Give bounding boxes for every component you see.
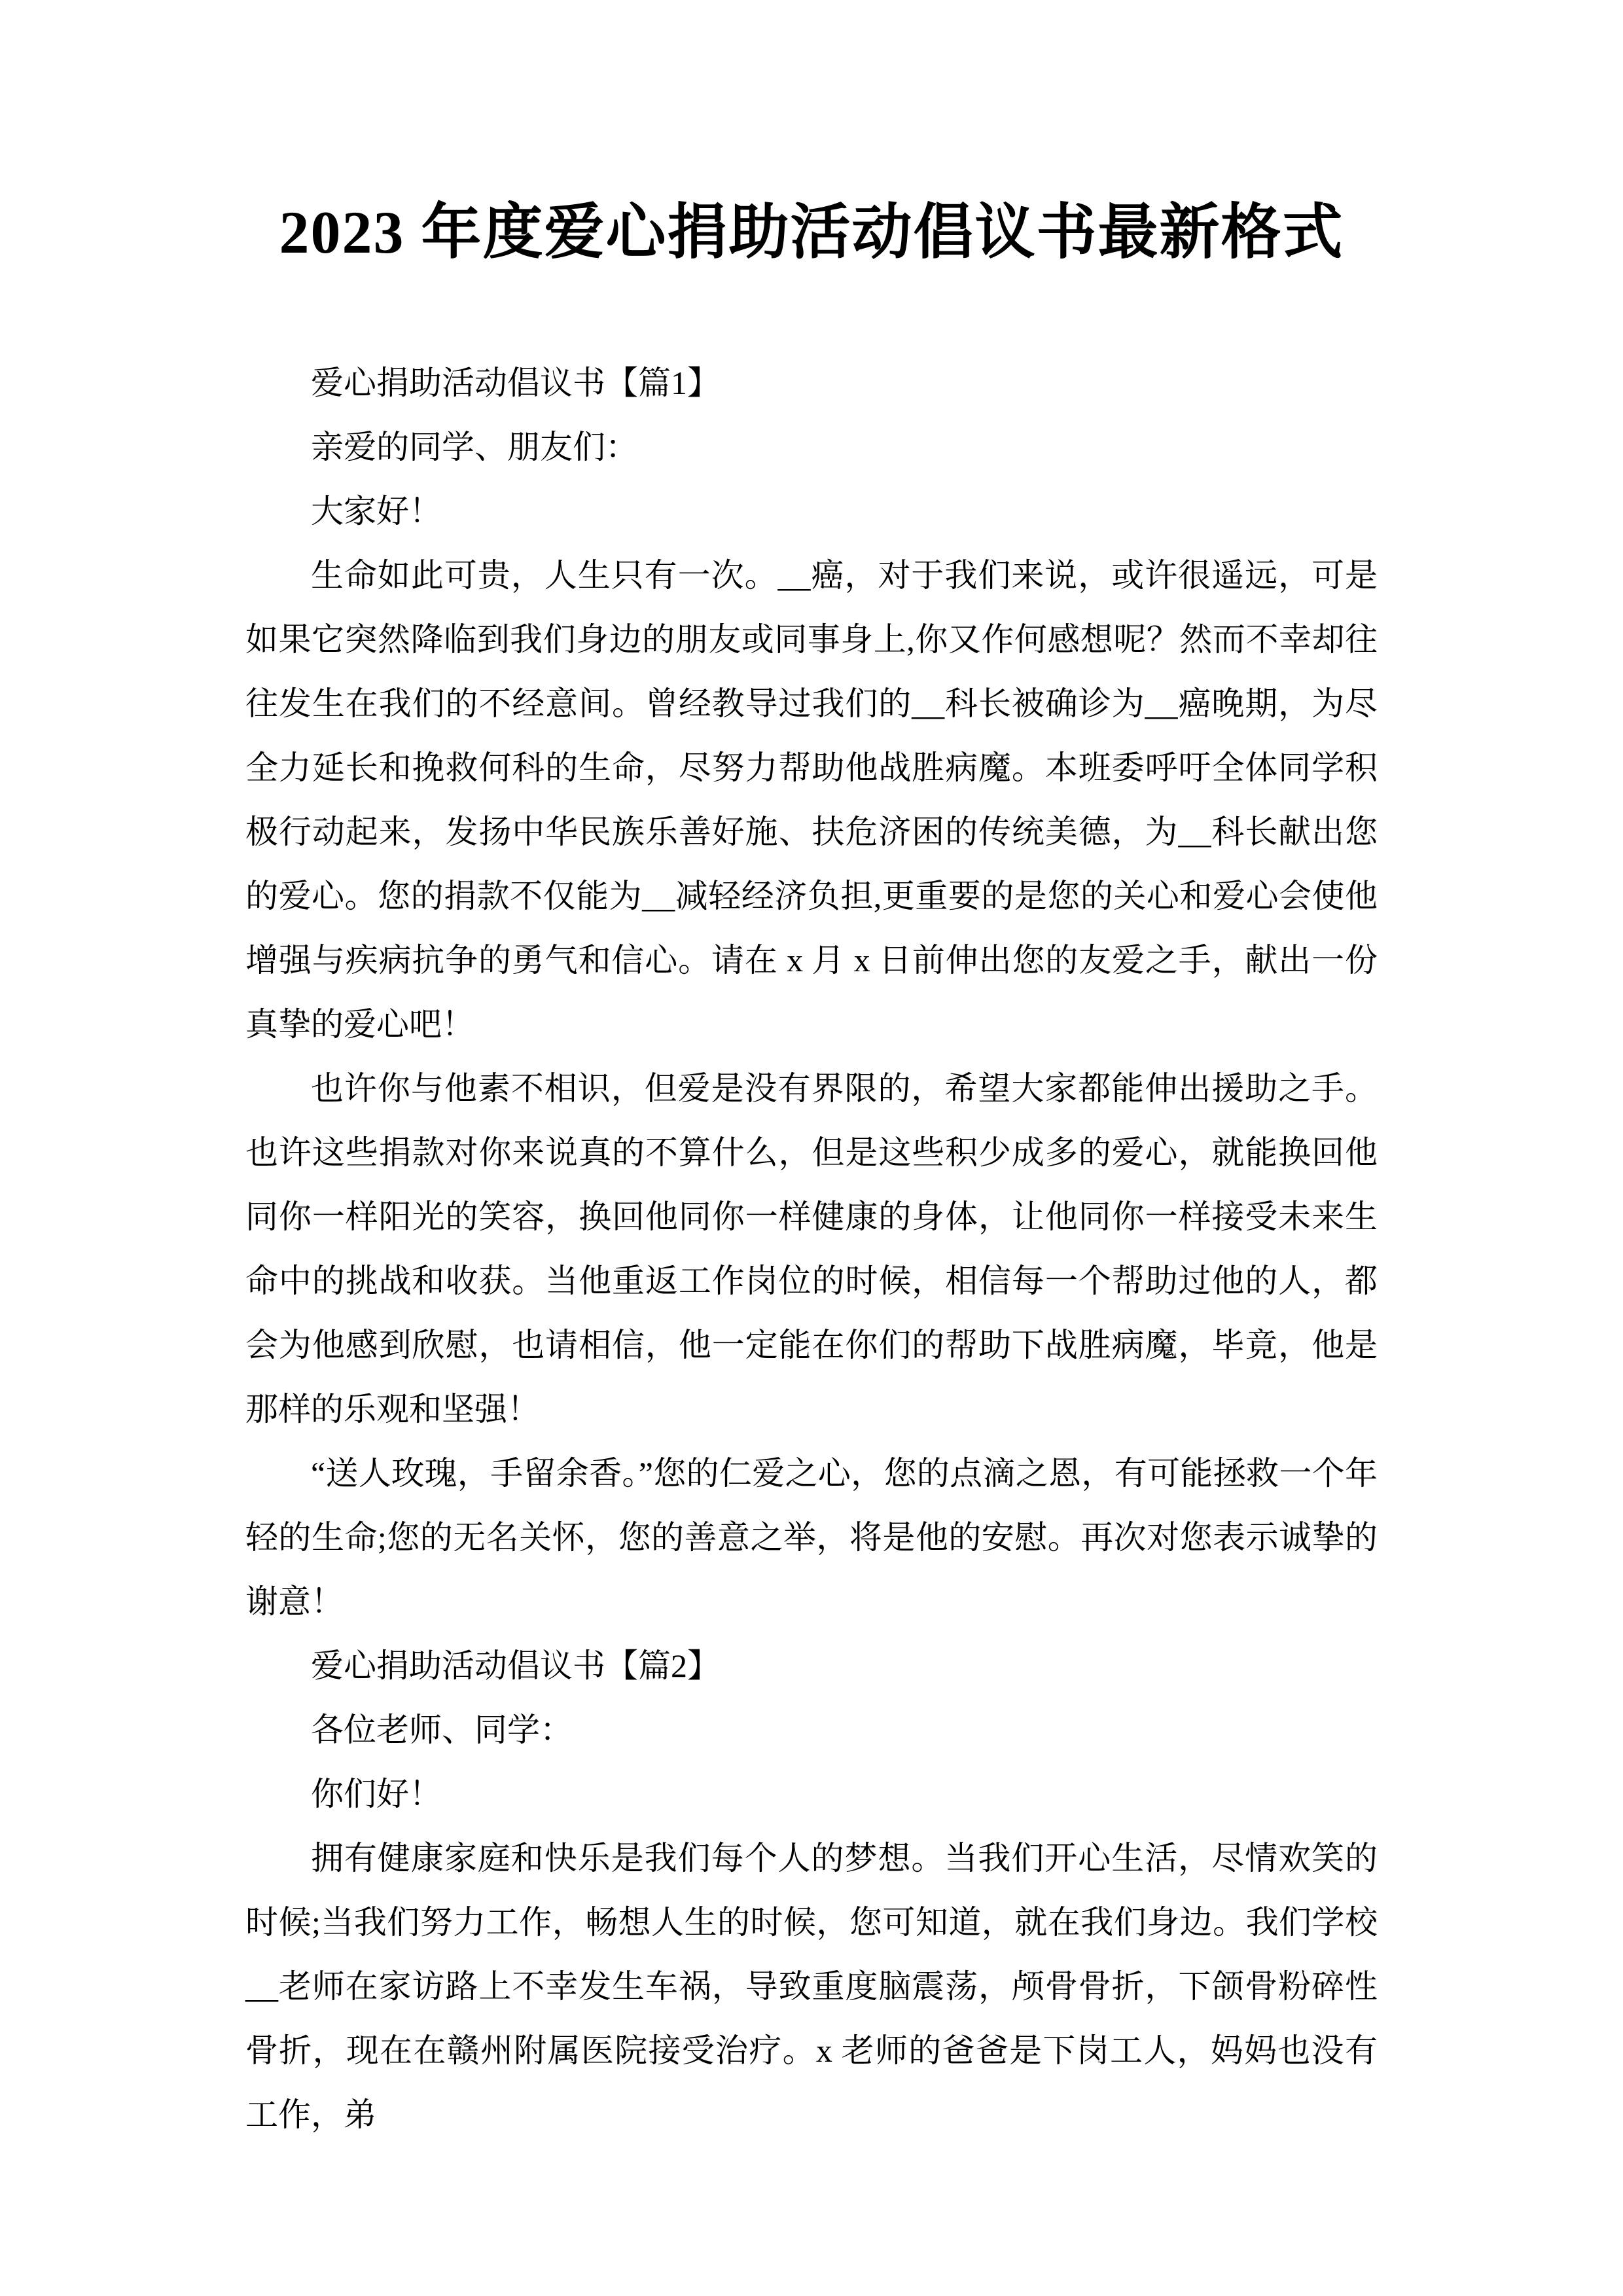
paragraph: “送人玫瑰，手留余香。”您的仁爱之心，您的点滴之恩，有可能拯救一个年轻的生命;您… [245, 1441, 1378, 1634]
document-page: 2023 年度爱心捐助活动倡议书最新格式 爱心捐助活动倡议书【篇1】亲爱的同学、… [0, 0, 1623, 2296]
paragraph: 爱心捐助活动倡议书【篇2】 [245, 1634, 1378, 1698]
paragraph: 亲爱的同学、朋友们： [245, 415, 1378, 479]
paragraph: 各位老师、同学： [245, 1698, 1378, 1762]
paragraph: 也许你与他素不相识，但爱是没有界限的，希望大家都能伸出援助之手。也许这些捐款对你… [245, 1056, 1378, 1441]
document-body: 爱心捐助活动倡议书【篇1】亲爱的同学、朋友们：大家好！生命如此可贵，人生只有一次… [245, 351, 1378, 2147]
paragraph: 生命如此可贵，人生只有一次。__癌，对于我们来说，或许很遥远，可是如果它突然降临… [245, 543, 1378, 1056]
paragraph: 你们好！ [245, 1762, 1378, 1826]
paragraph: 拥有健康家庭和快乐是我们每个人的梦想。当我们开心生活，尽情欢笑的时候;当我们努力… [245, 1826, 1378, 2147]
paragraph: 爱心捐助活动倡议书【篇1】 [245, 351, 1378, 415]
page-title: 2023 年度爱心捐助活动倡议书最新格式 [245, 0, 1378, 268]
paragraph: 大家好！ [245, 479, 1378, 543]
